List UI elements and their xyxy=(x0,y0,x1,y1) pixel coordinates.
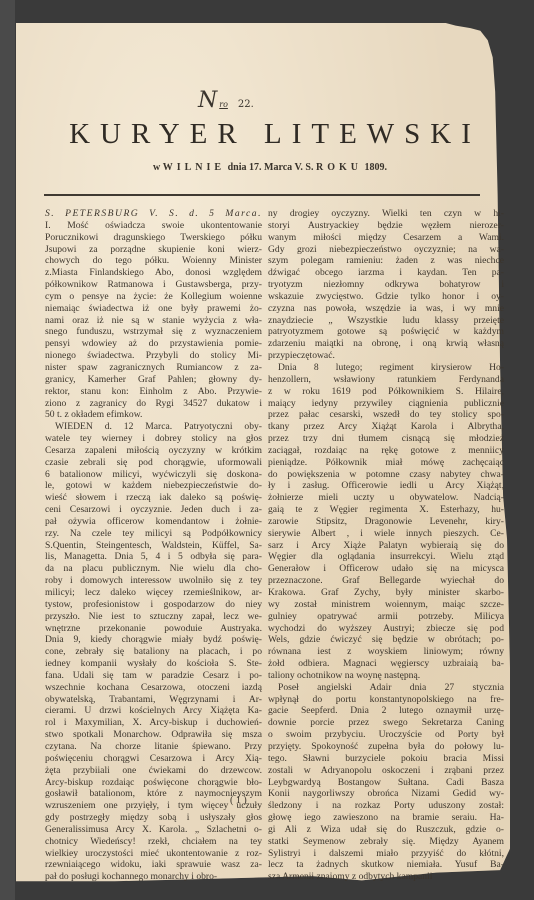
text-line: chowych do tego półku. Woienny Minister xyxy=(45,255,262,267)
text-line: pieniądze. Półkownik miał mówę zachęcaią… xyxy=(268,457,504,469)
text-line: wnętrzne przekonanie powoduie Austryaka. xyxy=(45,623,262,635)
text-line: WIEDEN d. 12 Marca. Patryotyczni oby- xyxy=(45,421,262,433)
text-line: sza Armenii znaiomy z odbytych kampanii xyxy=(268,871,504,883)
text-line: lecz ta żadnych skutkow niemiała. Yusuf … xyxy=(268,859,504,871)
text-line: Generałow i Officerow udało się na micys… xyxy=(268,563,504,575)
text-line: sarz i Arcy Xiąże Palatyn wybieraią się … xyxy=(268,540,504,552)
text-line: Węgier dla oglądania insurrekcyi. Wielu … xyxy=(268,551,504,563)
masthead-rule xyxy=(44,194,480,196)
text-line: zdarzeniu maiątki na obronę, i oną krwią… xyxy=(268,338,504,350)
text-line: zarowie Stipsitz, Dragonowie Levenehr, k… xyxy=(268,516,504,528)
text-line: Krakowa. Graf Zychy, były minister skarb… xyxy=(268,587,504,599)
text-line: do powiększenia w potomne czasy nabytey … xyxy=(268,469,504,481)
text-line: wszechnie kochana Cesarzowa, otoczeni ia… xyxy=(45,682,262,694)
text-line: I. Mość oświadcza swoie ukontentowanie xyxy=(45,220,262,232)
text-line: downie porcie przez swego Sekretarza Can… xyxy=(268,717,504,729)
text-line: czytana. Na chorze litanie śpiewano. Prz… xyxy=(45,741,262,753)
text-line: przyięty. Spokoyność zupełna była do poł… xyxy=(268,741,504,753)
text-line: lis, Managetta. Dnia 5, 4 i 5 odbyła się… xyxy=(45,551,262,563)
text-line: czyzna nas powoła, wszędzie ia was, i wy… xyxy=(268,303,504,315)
text-line: nami oraz iż nie są w stanie wyżycia z w… xyxy=(45,315,262,327)
text-line: fana. Udali się tam w paradzie Cesarz i … xyxy=(45,670,262,682)
text-line: chotnicy Wiedeńscy! rzekł, chciałem na t… xyxy=(45,836,262,848)
text-line: Poseł angielski Adair dnia 27 stycznia xyxy=(268,682,504,694)
text-line: ziono z zagranicy do Rygi 34527 dukatow … xyxy=(45,398,262,410)
dateline-city: WILNIE xyxy=(163,162,225,173)
text-line: patryotyzmem gotowe są poświęcić w każdy… xyxy=(268,326,504,338)
text-line: głowę iego zawieszono na bramie seraiu. … xyxy=(268,812,504,824)
text-line: gacie Seepferd. Dnia 2 lutego oznaymił u… xyxy=(268,705,504,717)
text-line: nister spaw zagranicznych Rumiancow z za… xyxy=(45,362,262,374)
text-line: rzy. Na czele tey milicyi są Podpółkowni… xyxy=(45,528,262,540)
left-column: S. PETERSBURG V. S. d. 5 Marca.I. Mość o… xyxy=(45,208,262,883)
text-line: tryotyzm niezłomny odkrywa bohatyrow i xyxy=(268,279,504,291)
text-line: cym o pensye na życie: że Kollegium woie… xyxy=(45,291,262,303)
text-line: cierami. U drzwi kościelnych Arcy Xiążęt… xyxy=(45,705,262,717)
text-line: zostali w Adryanopolu oskoczeni i zrąban… xyxy=(268,765,504,777)
text-line: taliony ochotnikow na woynę następną. xyxy=(268,670,504,682)
text-line: Arcy-biskup rozdaiąc poświęcone chorągwi… xyxy=(45,777,262,789)
text-line: gi Ali z Wiza udał się do Ruszczuk, gdzi… xyxy=(268,824,504,836)
text-line: tkany przez Arcy Xiążąt Karola i Albryth… xyxy=(268,421,504,433)
text-line: dźwigać obcego iarzma i kaydan. Ten pa- xyxy=(268,267,504,279)
text-line: milicyi; lecz daleko więcey rzemieślniko… xyxy=(45,587,262,599)
text-line: Gdy grozi niebezpieczeństwo oyczyznie; n… xyxy=(268,244,504,256)
text-line: równana iest z woyskiem liniowym; równy xyxy=(268,646,504,658)
text-line: znaydziecie „ Wszystkie ludu klassy prze… xyxy=(268,315,504,327)
issue-number: N ro 22. xyxy=(198,88,254,113)
masthead-title: KURYER LITEWSKI xyxy=(30,118,520,151)
text-line: gdy postrzegły między sobą i usłyszały g… xyxy=(45,812,262,824)
text-line: rzewniaiącego widoku, iaki sprawuie wasz… xyxy=(45,859,262,871)
text-line: przeznaczone. Graf Bellegarde wyiechał d… xyxy=(268,575,504,587)
text-line: śledzony i na rozkaz Porty uduszony zost… xyxy=(268,800,504,812)
text-line: pał do posługi kochannego monarchy i obr… xyxy=(45,871,262,883)
text-line: S.Quentin, Steingentesch, Waldstein, Küf… xyxy=(45,540,262,552)
text-line: Dnia 8 lutego; regiment kirysierow Ho- xyxy=(268,362,504,374)
issue-number-value: 22. xyxy=(238,99,254,110)
text-line: sierywie Albert , i wiele innych pieszyc… xyxy=(268,528,504,540)
text-line: półkownikow Ratmanowa i Gustawsberga, pr… xyxy=(45,279,262,291)
text-line: pensyi wdowiey aż do przystawienia pomie… xyxy=(45,338,262,350)
issue-number-prefix: N xyxy=(198,88,217,113)
text-line: watele tey wierney i dobrey stolicy na g… xyxy=(45,433,262,445)
text-line: le, gotowi w każdem niebezpieczeństwie d… xyxy=(45,480,262,492)
text-line: przyszło. Nie iest to sztuczny zapał, le… xyxy=(45,611,262,623)
text-line: cone, zebrały się bataliony na placach, … xyxy=(45,646,262,658)
text-line: 50 t. z okładem efimkow. xyxy=(45,409,262,421)
text-line: ceni Cesarzowi i oyczyznie. Jeden duch i… xyxy=(45,504,262,516)
page-number: ( 1 ) xyxy=(230,795,247,806)
text-line: żołnierze mieli uczty u obywatelow. Nadc… xyxy=(268,492,504,504)
text-line: pał ożywia officerow komendantow i żołni… xyxy=(45,516,262,528)
text-line: stwo spotkali Monarchow. Odprawiła się m… xyxy=(45,729,262,741)
text-line: wy został ministrem woiennym, maiąc szcz… xyxy=(268,599,504,611)
dateline: w WILNIE dnia 17. Marca V. S. ROKU 1809. xyxy=(80,162,460,173)
text-line: czasie zebrali się pod chorągwie, uformo… xyxy=(45,457,262,469)
text-line: z.Miasta Finlandskiego Abo, donosi wzglę… xyxy=(45,267,262,279)
dateline-year-label: ROKU xyxy=(316,162,362,173)
text-line: żęta przybiiali one ćwiekami do drzewcow… xyxy=(45,765,262,777)
text-line: nionego świadectwa. Przybyli do stolicy … xyxy=(45,350,262,362)
text-line: da na placu publicznym. Nie wielu dla ch… xyxy=(45,563,262,575)
text-line: Wels, gdzie ćwiczyć się będzie w obrótac… xyxy=(268,634,504,646)
text-line: ły i zasług. Officerowie iedli u Arcy Xi… xyxy=(268,480,504,492)
text-line: gaią te z Węgier regimenta X. Esterhazy,… xyxy=(268,504,504,516)
text-line: Generalissimusa Arcy X. Karola. „ Szlach… xyxy=(45,824,262,836)
issue-number-suffix: ro xyxy=(219,100,228,109)
text-line: statki Seymenow zebrały się. Między Ayan… xyxy=(268,836,504,848)
text-line: ny drogiey oyczyzny. Wielki ten czyn w h… xyxy=(268,208,504,220)
dateline-year: 1809. xyxy=(364,162,387,173)
text-line: z w roku 1619 pod Półkownikiem S. Hilair… xyxy=(268,386,504,398)
text-line: rektor, stanu kon: Einholm z Abo. Przywi… xyxy=(45,386,262,398)
dateline-date: dnia 17. Marca V. S. xyxy=(228,162,314,173)
text-line: S. PETERSBURG V. S. d. 5 Marca. xyxy=(45,208,262,220)
text-line: wychodzi do wyższey Austryi; zbiecze się… xyxy=(268,623,504,635)
text-line: niemaiąc świadectwa iż one były prawemi … xyxy=(45,303,262,315)
text-line: 6 batalionow milicyi, wyćwiczyli się dos… xyxy=(45,469,262,481)
dateline-prefix: w xyxy=(153,162,160,173)
text-line: roby i domowych interessow uwolniło się … xyxy=(45,575,262,587)
text-line: wieść słowem i rzeczą iak daleko są pośw… xyxy=(45,492,262,504)
text-line: tystow, profesionistow i gospodarzow do … xyxy=(45,599,262,611)
text-line: wskazuie zwycięstwo. Gdzie tylko honor i… xyxy=(268,291,504,303)
text-line: Leybgwardyą Bostangow Sułtana. Cadi Basz… xyxy=(268,777,504,789)
text-line: poświęceniu chorągwi Cesarzowa i Arcy Xi… xyxy=(45,753,262,765)
text-line: iedney kompanii wysłały do kościoła S. S… xyxy=(45,658,262,670)
text-line: żołd odbiera. Magnaci węgierscy uzbraiai… xyxy=(268,658,504,670)
text-line: obywatelską, Trabantami, Węgrzynami i Ar… xyxy=(45,694,262,706)
text-line: Jsupowi za porządne skupienie koni wierz… xyxy=(45,244,262,256)
text-line: przez trzy dni tłumem cisnącą się młodzi… xyxy=(268,433,504,445)
text-line: przez pałac cesarski, wszedł do tey stol… xyxy=(268,409,504,421)
scanner-edge xyxy=(0,0,15,900)
text-line: Porucznikowi dragunskiego Twerskiego pół… xyxy=(45,232,262,244)
text-line: gulniey opatrywać armii potrzeby. Milicy… xyxy=(268,611,504,623)
text-line: szym polegam ramieniu: żaden z was niech… xyxy=(268,255,504,267)
text-line: henzollern, wsławiony ratunkiem Ferdynan… xyxy=(268,374,504,386)
text-line: snego funduszu, wstrzymał się z wyznacze… xyxy=(45,326,262,338)
text-line: Konii naygorliwszy obrońca Nizami Gedid … xyxy=(268,788,504,800)
text-line: rol i Maxymilian, X. Arcy-biskup i ducho… xyxy=(45,717,262,729)
text-line: o swoim przybyciu. Uroczyście od Porty b… xyxy=(268,729,504,741)
right-column: ny drogiey oyczyzny. Wielki ten czyn w h… xyxy=(268,208,504,883)
text-line: maiący iedyny przywiley ciągnienia publi… xyxy=(268,398,504,410)
text-line: granicy, Kamerher Graf Pahlen; głowny dy… xyxy=(45,374,262,386)
text-line: wanym miłości między Cesarzem a Wami. xyxy=(268,232,504,244)
text-line: storyi Austryackiey będzie węzłem nieroz… xyxy=(268,220,504,232)
text-line: Sylistryi i dalszemi miało przyyiść do k… xyxy=(268,848,504,860)
text-line: tego. Sławni burzyciele pokoiu bracia Mi… xyxy=(268,753,504,765)
text-line: przypieczętować. xyxy=(268,350,504,362)
text-line: zaciągał, rozdaiąc na rękę gotowe z menn… xyxy=(268,445,504,457)
text-line: Cesarza zapaleni miłością oyczyzny w kró… xyxy=(45,445,262,457)
text-line: wielkiey uroczystości mieć ukontentowani… xyxy=(45,848,262,860)
text-line: Dnia 9, kiedy chorągwie miały bydź poświ… xyxy=(45,634,262,646)
text-line: wpłynął do portu konstantynopolskiego na… xyxy=(268,694,504,706)
